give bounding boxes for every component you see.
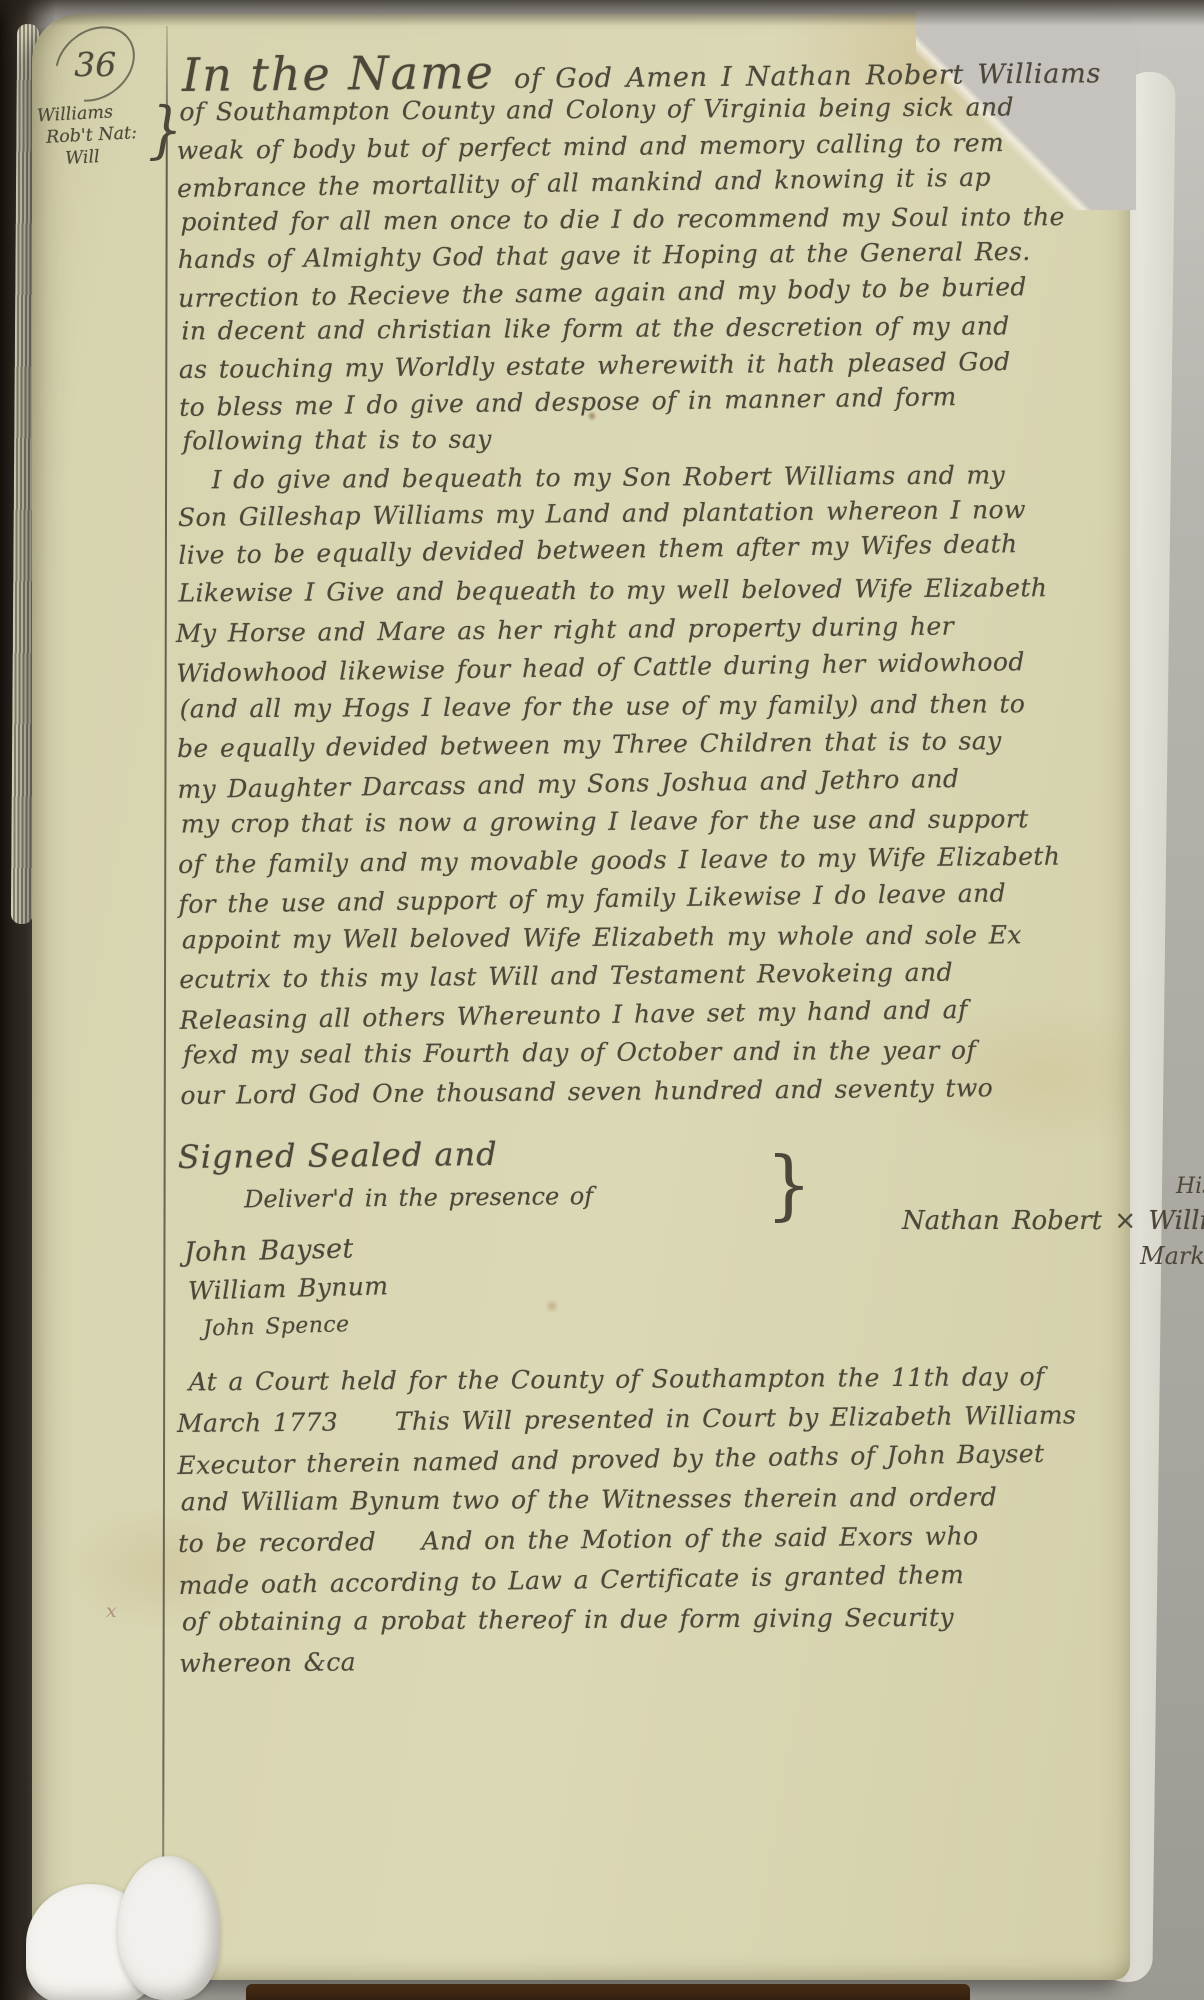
signature-mark-label: Mark: [1140, 1242, 1204, 1270]
handwritten-text-line: and William Bynum two of the Witnesses t…: [181, 1477, 1077, 1522]
handwritten-text-line: following that is to say: [182, 418, 1067, 460]
attestation-brace: }: [766, 1140, 812, 1228]
handwritten-text-line: pointed for all men once to die I do rec…: [180, 199, 1065, 241]
archivist-glove: [26, 1854, 226, 2000]
handwritten-text-line: (and all my Hogs I leave for the use of …: [180, 685, 1059, 729]
handwritten-text-line: in decent and christian like form at the…: [181, 308, 1066, 350]
handwritten-text-line: appoint my Well beloved Wife Elizabeth m…: [182, 916, 1061, 960]
will-paragraph-land-bequest: I do give and bequeath to my Son Robert …: [177, 456, 1026, 572]
handwritten-text-line: whereon &ca: [179, 1635, 1078, 1684]
handwritten-text-line: our Lord God One thousand seven hundred …: [180, 1068, 1062, 1115]
handwritten-text-line: John Bayset: [184, 1230, 388, 1273]
testator-name-and-mark: Nathan Robert × Williams: [902, 1206, 1204, 1236]
scanned-will-record: { "colors": { "paper": "#d8d5b2", "ink":…: [0, 0, 1204, 2000]
handwritten-text-line: I do give and bequeath to my Son Robert …: [212, 457, 1026, 498]
handwritten-text-line: of obtaining a probat thereof in due for…: [182, 1597, 1078, 1642]
attestation-line: Deliver'd in the presence of: [244, 1182, 593, 1213]
handwritten-text-line: of Southampton County and Colony of Virg…: [179, 89, 1064, 131]
margin-x-mark: x: [106, 1600, 117, 1622]
attestation-clause: Signed Sealed and Deliver'd in the prese…: [178, 1134, 594, 1214]
will-paragraph-personal-bequests: Likewise I Give and bequeath to my well …: [175, 568, 1062, 1115]
table-surface: [246, 1984, 970, 2000]
will-paragraph-preamble: of Southampton County and Colony of Virg…: [176, 87, 1067, 461]
glove-thumb: [118, 1856, 220, 2000]
handwritten-text-line: William Bynum: [188, 1267, 389, 1310]
handwritten-text-line: John Spence: [202, 1305, 389, 1349]
witness-list: John BaysetWilliam BynumJohn Spence: [181, 1229, 390, 1348]
attestation-line: Signed Sealed and: [178, 1134, 593, 1176]
signature-his-label: His: [1176, 1174, 1204, 1199]
probate-court-paragraph: At a Court held for the County of Southa…: [176, 1355, 1078, 1684]
margin-rule-line: [162, 26, 168, 1962]
handwritten-text-line: At a Court held for the County of Southa…: [189, 1357, 1076, 1402]
handwritten-text-line: fexd my seal this Fourth day of October …: [183, 1031, 1062, 1075]
page-number: 36: [74, 45, 116, 84]
margin-note: Williams Rob't Nat: Will: [36, 99, 165, 172]
handwritten-text-line: my crop that is now a growing I leave fo…: [181, 800, 1060, 844]
manuscript-page: 36 Williams Rob't Nat: Will } In the Nam…: [32, 14, 1130, 1980]
handwritten-text-line: Likewise I Give and bequeath to my well …: [178, 569, 1057, 613]
